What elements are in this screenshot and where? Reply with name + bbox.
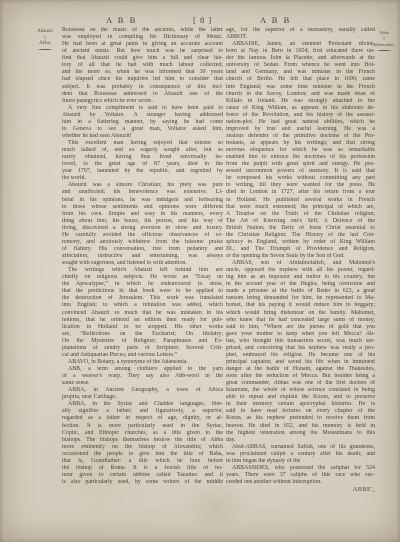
text-line: made a prisoner at the battle of Beder i… <box>226 288 375 295</box>
text-line: from the pulpit with great spirit and en… <box>226 161 375 168</box>
text-line: in the second year of the Hegira, being … <box>226 281 375 288</box>
margin-word-last: Abbassides. <box>373 42 395 47</box>
text-line: fection. It is more particularly used in… <box>62 423 223 430</box>
text-line: subject. It was probably in consequence … <box>62 84 223 91</box>
text-line: Coptic, and Ethiopic churches, as a titl… <box>62 430 223 437</box>
text-line: The writings which Abauzit left behind h… <box>62 267 223 274</box>
text-line: Abul-ABBAS, surnamed Saffah, one of his … <box>226 444 375 451</box>
text-line: cal and Antiquarian Pieces; and various … <box>62 352 223 359</box>
text-line: years. There were 37 caliphs of this rac… <box>226 472 375 479</box>
text-line: spiracy in England, written by order of … <box>226 239 375 246</box>
text-line: improved by true and useful learning. He… <box>226 126 375 133</box>
page-number: [ 8 ] <box>193 15 212 25</box>
text-line: is also particularly used, by some write… <box>62 479 223 486</box>
text-line: to those whose sentiments and opinions w… <box>62 204 223 211</box>
text-line: land and Germany, and was minister in th… <box>226 69 375 76</box>
text-line: regarded as a father in respect of age, … <box>62 415 223 422</box>
text-line: able to repeat and explain the Koran, an… <box>226 394 375 401</box>
text-line: cause of King William, as appears in his… <box>226 105 375 112</box>
text-line: the destruction of Jerusalem. This work … <box>62 295 223 302</box>
text-line: and the more so, when he was informed th… <box>62 69 223 76</box>
text-line: zealous defender of the primitive doctri… <box>226 133 375 140</box>
text-line: ABAVO, in Botany, a synonyme of the Adan… <box>62 359 223 366</box>
text-line: He had been at great pains in giving an … <box>62 41 223 48</box>
text-line: that the predictions in that book were t… <box>62 288 223 295</box>
text-line: the Apocalypse,” in which he endeavoured… <box>62 281 223 288</box>
text-line: enabled him to enforce the doctrines of … <box>226 154 375 161</box>
text-line: same sense. <box>62 380 223 387</box>
text-line: danger at the battle of Honain, against … <box>226 366 375 373</box>
text-line: him in a flattering manner, by saying he… <box>62 119 223 126</box>
text-line: sought with eagerness, and listened to w… <box>62 260 223 267</box>
text-line: gave your mother to keep when you left M… <box>226 331 375 338</box>
text-line: notions, that he ordered an edition then… <box>62 317 223 324</box>
text-line: ABB, a term among clothiers applied to t… <box>62 366 223 373</box>
text-line: uncle, opposed his nephew with all his p… <box>226 267 375 274</box>
text-line: bas, who thought this transaction secret… <box>226 338 375 345</box>
book-page: A B B [ 8 ] A B B Abauzit ‖ Abba. Abba ‖… <box>0 0 400 542</box>
text-line: fence of the Revolution, and his history… <box>226 112 375 119</box>
text-line: remony, and anxiously withdrew from the … <box>62 239 223 246</box>
text-line: ABBA, in the Syriac and Chaldee language… <box>62 401 223 408</box>
text-line: affectation, instructive and entertainin… <box>62 253 223 260</box>
text-line: living, discovered a strong aversion to … <box>62 225 223 232</box>
text-line: ally signifies a father; and figurativel… <box>62 408 223 415</box>
text-line: day. <box>226 437 375 444</box>
text-line: to writing, till they were wanted for th… <box>226 182 375 189</box>
text-line: heaven. He died in 652, and his memory i… <box>226 423 375 430</box>
text-line: finest panegyrics which he ever wrote. <box>62 98 223 105</box>
margin-rule <box>37 49 53 50</box>
text-line: British Nation; the Deity of Jesus Chris… <box>226 225 375 232</box>
text-line: find that Abauzit could give him a full … <box>62 55 223 62</box>
text-line: convinced Abauzit so much that he was mi… <box>62 310 223 317</box>
margin-rule <box>376 50 392 51</box>
text-line: said to have read lectures on every chap… <box>226 408 375 415</box>
text-line: dent that Rousseau addressed to Abauzit … <box>62 91 223 98</box>
text-line: university of Sedan. From whence he went… <box>226 62 375 69</box>
text-line: Rousseau on the music of the ancients, w… <box>62 27 223 34</box>
text-line: of flattery. His conversation, free from… <box>62 246 223 253</box>
text-line: into England; was some time minister in … <box>226 84 375 91</box>
text-line: ceeded one another without interruption. <box>226 479 375 486</box>
text-line: The Art of Knowing one's Self; A Defence… <box>226 218 375 225</box>
text-column-right: age, for the superior of a monastery, us… <box>226 27 375 486</box>
text-line: the Christian Religion; The History of t… <box>226 232 375 239</box>
text-line: rarely obtained, having thus lived unive… <box>62 154 223 161</box>
text-line: III.; and The Triumph of Providence and … <box>226 246 375 253</box>
text-line: ABBOT. <box>226 34 375 41</box>
text-line: of a weaver's warp. They say also Abb-wo… <box>62 373 223 380</box>
text-line: ABBADIE, James, an eminent Protestant di… <box>226 41 375 48</box>
text-line: thing about him, his house, his person, … <box>62 218 223 225</box>
text-line: ABBAS, son of Abdalmotalleb, and Mahomet… <box>226 260 375 267</box>
text-line: Killalo in Ireland. He was strongly atta… <box>226 98 375 105</box>
text-line: are, “Reflections on the Eucharist; On I… <box>62 331 223 338</box>
text-line: year 1767, lamented by the republic, and… <box>62 168 223 175</box>
text-line: beral in his opinions, he was indulgent … <box>62 197 223 204</box>
text-line: into English; to which a refutation was … <box>62 302 223 309</box>
text-line: soon after the reduction of Mecca. But b… <box>226 373 375 380</box>
text-line: occasioned the people to give him the ti… <box>62 451 223 458</box>
text-line: planations of sundry parts of Scripture;… <box>62 345 223 352</box>
text-line: to Geneva to see a great man, Voltaire a… <box>62 126 223 133</box>
text-line: ransom being demanded for him, he repres… <box>226 295 375 302</box>
text-line: the world. <box>62 175 223 182</box>
text-line: Koran, as his nephew pretended to receiv… <box>226 415 375 422</box>
margin-word-first: Abba <box>379 30 389 35</box>
text-line: Abauzit by Voltaire. A stranger having a… <box>62 112 223 119</box>
text-line: of ancient music. But how much was he su… <box>62 48 223 55</box>
text-line: said to him, “Where are the purses of go… <box>226 324 375 331</box>
text-line: in him began the dynasty of the <box>226 458 375 465</box>
text-line: died in London in 1727, after his return… <box>226 189 375 196</box>
text-line: much talked of, and so eagerly sought af… <box>62 147 223 154</box>
text-line: testants, as appears by his writings; an… <box>226 140 375 147</box>
text-line: ABBA, in Ancient Geography, a town of Af… <box>62 387 223 394</box>
text-line: loved, to the great age of 87 years, die… <box>62 161 223 168</box>
text-line: in Holland. He published several works i… <box>226 197 375 204</box>
text-line: and unaffected; his benevolence was exte… <box>62 189 223 196</box>
text-line: was employed in compiling his Dictionary… <box>62 34 223 41</box>
text-line: A Treatise on the Truth of the Christian… <box>226 211 375 218</box>
text-line: or the opening the Seven Seals by the So… <box>226 253 375 260</box>
text-line: propria, near Carthage. <box>62 394 223 401</box>
text-line: who knew that he had concealed large sum… <box>226 317 375 324</box>
text-line: homet, that his paying it would reduce h… <box>226 302 375 309</box>
text-line: On the Mysteries of Religion; Paraphrase… <box>62 338 223 345</box>
text-line: which would bring dishonour on the famil… <box>226 310 375 317</box>
text-line: lication in Holland to be stopped. His o… <box>62 324 223 331</box>
text-line: whether he had seen Abauzit! <box>62 133 223 140</box>
text-line: more eminently on the bishop of Alexandr… <box>62 444 223 451</box>
text-line: he composed his works without committing… <box>226 175 375 182</box>
text-line: ing him as an impostor and traitor to hi… <box>226 274 375 281</box>
text-line: nervous eloquence for which he was so re… <box>226 147 375 154</box>
text-line: tory of all that he had with much labour… <box>62 62 223 69</box>
text-line: that is, Grandfather: a title which he b… <box>62 458 223 465</box>
text-line: phet, embraced his religion. He became o… <box>226 352 375 359</box>
text-line: He carefully avoided the officious obser… <box>62 232 223 239</box>
text-line: had elapsed since his inquiries led him … <box>62 76 223 83</box>
page-header: A B B [ 8 ] A B B <box>0 15 400 26</box>
text-line: This excellent man having enjoyed that e… <box>62 140 223 147</box>
text-line: nour given to certain rabbins called Tan… <box>62 472 223 479</box>
text-line: great commander, Abbas was one of the fi… <box>226 380 375 387</box>
text-line: the bishop of Rome. It is a Jewish title… <box>62 465 223 472</box>
margin-note-left: Abauzit ‖ Abba. <box>27 29 63 50</box>
text-line: in their memory certain apocryphal histo… <box>226 401 375 408</box>
text-line: nation-plot. He had great natural abilit… <box>226 119 375 126</box>
text-line: ABBASSIDES, who possessed the caliphat f… <box>226 465 375 472</box>
text-line: that were much esteemed; the principal o… <box>226 204 375 211</box>
text-line: from his own. Simple and easy in his man… <box>62 211 223 218</box>
text-line: was proclaimed caliph a century after hi… <box>226 451 375 458</box>
text-line: chiefly on religious subjects. He wrote … <box>62 274 223 281</box>
margin-word-first: Abauzit <box>37 29 53 34</box>
text-line: Abauzit was a sincere Christian; his pie… <box>62 182 223 189</box>
margin-word-last: Abba. <box>39 41 51 46</box>
text-line: Islamism, the whole of whose science con… <box>226 387 375 394</box>
running-title-right: A B B <box>260 15 291 25</box>
running-title-left: A B B <box>106 15 137 25</box>
text-line: the highest veneration among the Mussulm… <box>226 430 375 437</box>
text-line: der the famous John la Placette, and aft… <box>226 55 375 62</box>
text-line: sessed uncommon powers of memory. It is … <box>226 168 375 175</box>
text-line: principal captains; and saved his life w… <box>226 359 375 366</box>
text-line: born at Nay in Bern in 1654; first educa… <box>226 48 375 55</box>
text-line: prised, and conceiving that his nephew w… <box>226 345 375 352</box>
text-line: bishops. The bishops themselves bestow t… <box>62 437 223 444</box>
text-line: A very fine compliment is said to have b… <box>62 105 223 112</box>
text-line: age, for the superior of a monastery, us… <box>226 27 375 34</box>
text-column-left: Rousseau on the music of the ancients, w… <box>62 27 223 486</box>
catchword: ABBE', <box>226 486 375 493</box>
text-line: church of Berlin. He left that place in … <box>226 76 375 83</box>
text-line: church in the Savoy, London; and was mad… <box>226 91 375 98</box>
